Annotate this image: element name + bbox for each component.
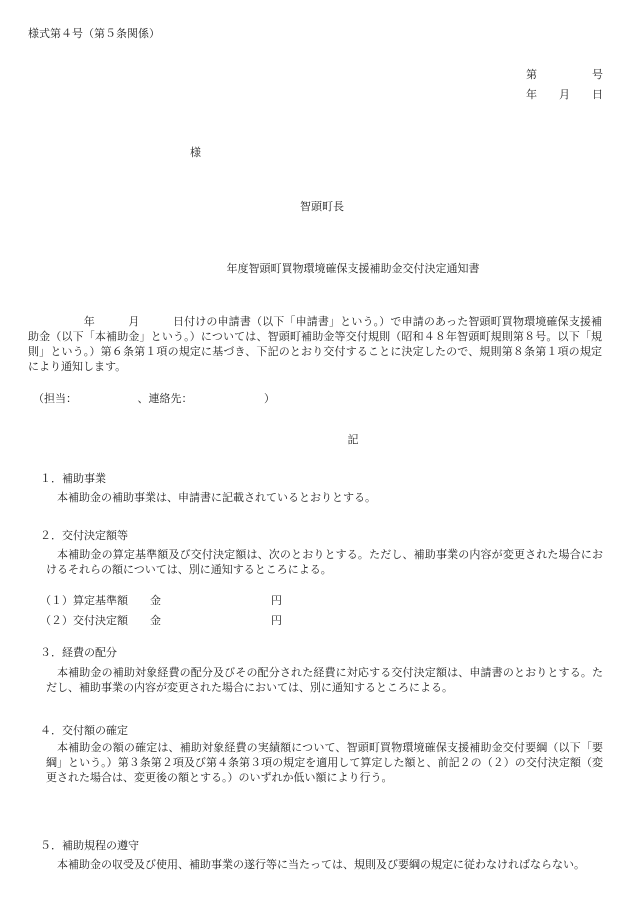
document-title: 年度智頭町買物環境確保支援補助金交付決定通知書 [76, 262, 630, 277]
section-5-heading: ５．補助規程の遵守 [40, 839, 139, 854]
section-3-heading: ３．経費の配分 [40, 646, 117, 661]
section-3-body: 本補助金の補助対象経費の配分及びその配分された経費に対応する交付決定額は、申請書… [46, 666, 603, 696]
sender-name: 智頭町長 [300, 200, 344, 215]
section-2-heading: ２．交付決定額等 [40, 529, 128, 544]
body-paragraph: 年 月 日付けの申請書（以下「申請書」という。）で申請のあった智頭町買物環境確保… [28, 315, 602, 375]
section-5-body: 本補助金の収受及び使用、補助事業の遂行等に当たっては、規則及び要綱の規定に従わな… [46, 858, 603, 873]
section-2-body: 本補助金の算定基準額及び交付決定額は、次のとおりとする。ただし、補助事業の内容が… [46, 548, 603, 578]
document-page: 様式第４号（第５条関係） 第 号 年 月 日 様 智頭町長 年度智頭町買物環境確… [0, 0, 630, 903]
section-1-body: 本補助金の補助事業は、申請書に記載されているとおりとする。 [46, 491, 603, 506]
form-number: 様式第４号（第５条関係） [28, 27, 160, 42]
addressee-honorific: 様 [190, 146, 201, 161]
calculation-base-amount-line: （１）算定基準額 金 円 [40, 594, 282, 609]
section-1-heading: １．補助事業 [40, 472, 106, 487]
contact-line: （担当： 、連絡先： ） [33, 392, 275, 407]
doc-date-line: 年 月 日 [526, 86, 603, 106]
doc-number-block: 第 号 年 月 日 [526, 66, 603, 105]
doc-number-line: 第 号 [526, 66, 603, 86]
record-marker: 記 [76, 433, 630, 448]
section-4-body: 本補助金の額の確定は、補助対象経費の実績額について、智頭町買物環境確保支援補助金… [46, 741, 603, 786]
grant-decision-amount-line: （２）交付決定額 金 円 [40, 614, 282, 629]
section-4-heading: ４．交付額の確定 [40, 724, 128, 739]
